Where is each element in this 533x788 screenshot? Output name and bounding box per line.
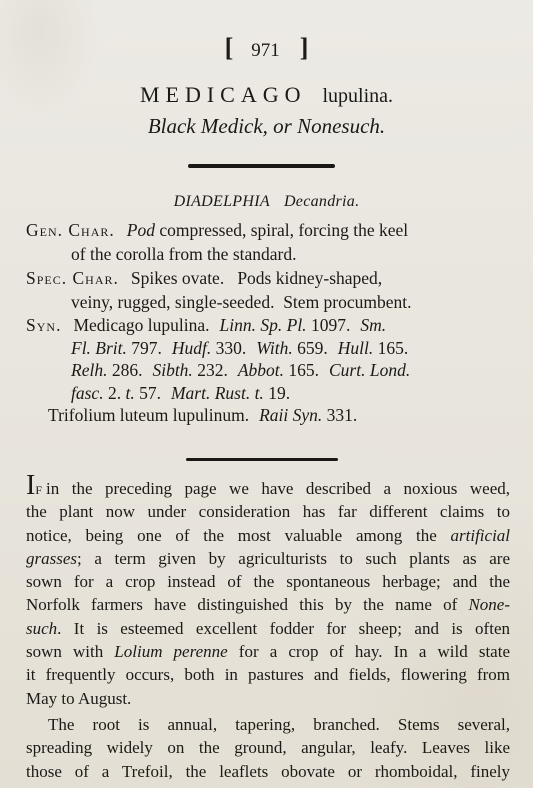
generic-character: Gen. Char.Pod compressed, spiral, forcin…: [26, 218, 512, 266]
gen-char-text-2: of the corolla from the standard.: [26, 242, 512, 266]
syn-ref-value: 330.: [216, 338, 247, 358]
syn-ref-source: Raii Syn.: [259, 405, 322, 425]
gen-char-lead: Pod: [127, 220, 155, 240]
syn-ref-source: fasc.: [71, 383, 104, 403]
syn-ref-value: 165.: [288, 360, 319, 380]
text-line: sown for a crop instead of the spontaneo…: [26, 570, 510, 593]
page-number-close-bracket: ]: [300, 33, 309, 62]
syn-ref-value: 232.: [197, 360, 228, 380]
syn-ref-value: 331.: [327, 405, 358, 425]
syn-line-3: Relh. 286.Sibth. 232.Abbot. 165.Curt. Lo…: [26, 359, 512, 382]
italic-term: artificial: [451, 526, 511, 545]
italic-term: None-: [468, 595, 510, 614]
common-name: Black Medick, or Nonesuch.: [0, 114, 533, 139]
syn-ref-value: 57.: [139, 383, 161, 403]
species-title: MEDICAGOlupulina.: [0, 82, 533, 108]
syn-ref-source: Fl. Brit.: [71, 338, 127, 358]
text-line: notice, being one of the most valuable a…: [26, 526, 437, 545]
syn-line-5: Trifolium luteum lupulinum.Raii Syn. 331…: [26, 404, 512, 427]
syn-ref-source: Hull.: [338, 338, 374, 358]
spec-char-text-2: veiny, rugged, single-seeded. Stem procu…: [26, 290, 512, 314]
linnaean-classification: DIADELPHIADecandria.: [0, 193, 533, 211]
synonyms: Syn.Medicago lupulina.Linn. Sp. Pl. 1097…: [26, 314, 512, 427]
italic-term: Lolium perenne: [114, 642, 227, 661]
syn-ref-source: Linn. Sp. Pl.: [220, 315, 307, 335]
syn-line-1: Syn.Medicago lupulina.Linn. Sp. Pl. 1097…: [26, 314, 512, 337]
text-line: May to August.: [26, 687, 510, 710]
class-name: DIADELPHIA: [174, 193, 270, 210]
divider-rule-top: [188, 164, 335, 168]
syn-ref-value: 19.: [268, 383, 290, 403]
italic-term: such: [26, 619, 57, 638]
drop-cap: I: [26, 470, 35, 501]
syn-ref-source: Sm.: [360, 315, 386, 335]
syn-ref-source: Mart. Rust. t.: [171, 383, 264, 403]
spec-char-label: Spec. Char.: [26, 268, 119, 288]
drop-cap-rest: f: [35, 479, 42, 498]
text-line: for a crop of hay. In a wild state: [239, 642, 510, 661]
divider-rule-bottom: [186, 458, 338, 461]
text-line: The root is annual, tapering, branched. …: [26, 713, 510, 736]
syn-ref-value: 797.: [131, 338, 162, 358]
text-line: in the preceding page we have described …: [46, 479, 510, 498]
page-number: [971]: [0, 33, 533, 63]
description-paragraph-2: The root is annual, tapering, branched. …: [26, 713, 510, 783]
syn-ref-source: Relh.: [71, 360, 107, 380]
spec-char-text-1: Spikes ovate. Pods kidney-shaped,: [131, 268, 382, 288]
syn-ref-value: 165.: [378, 338, 409, 358]
syn-ref-source: With.: [256, 338, 292, 358]
specific-character: Spec. Char.Spikes ovate. Pods kidney-sha…: [26, 266, 512, 314]
syn-ref-source: Abbot.: [238, 360, 284, 380]
gen-char-text-1: compressed, spiral, forcing the keel: [159, 220, 408, 240]
syn-line-2: Fl. Brit. 797.Hudf. 330.With. 659.Hull. …: [26, 337, 512, 360]
syn-label: Syn.: [26, 315, 61, 335]
syn-ref-source: t.: [125, 383, 134, 403]
syn-name: Trifolium luteum lupulinum.: [48, 405, 249, 425]
syn-ref-value: 1097.: [311, 315, 350, 335]
page-number-value: 971: [251, 40, 280, 61]
text-line: Norfolk farmers have distinguished this …: [26, 595, 457, 614]
text-line: sown with: [26, 642, 103, 661]
text-line: those of a Trefoil, the leaflets obovate…: [26, 760, 510, 783]
gen-char-label: Gen. Char.: [26, 220, 115, 240]
text-line: the plant now under consideration has fa…: [26, 500, 510, 523]
syn-ref-value: 659.: [297, 338, 328, 358]
order-name: Decandria.: [284, 193, 359, 210]
syn-ref-source: Curt. Lond.: [329, 360, 410, 380]
syn-ref-value: 2.: [108, 383, 121, 403]
species-name: lupulina.: [323, 85, 394, 107]
syn-ref-value: 286.: [112, 360, 143, 380]
description-paragraph-1: Ifin the preceding page we have describe…: [26, 476, 510, 710]
syn-line-4: fasc. 2. t. 57.Mart. Rust. t. 19.: [26, 382, 512, 405]
syn-ref-source: Sibth.: [152, 360, 192, 380]
genus-name: MEDICAGO: [140, 82, 307, 107]
text-line: spreading widely on the ground, angular,…: [26, 736, 510, 759]
text-line: ; a term given by agriculturists to such…: [77, 549, 510, 568]
syn-name: Medicago lupulina.: [73, 315, 209, 335]
text-line: it frequently occurs, both in pastures a…: [26, 663, 510, 686]
syn-ref-source: Hudf.: [172, 338, 211, 358]
text-line: . It is esteemed excellent fodder for sh…: [57, 619, 510, 638]
italic-term: grasses: [26, 549, 77, 568]
book-page: [971] MEDICAGOlupulina. Black Medick, or…: [0, 0, 533, 788]
page-number-open-bracket: [: [225, 33, 234, 62]
